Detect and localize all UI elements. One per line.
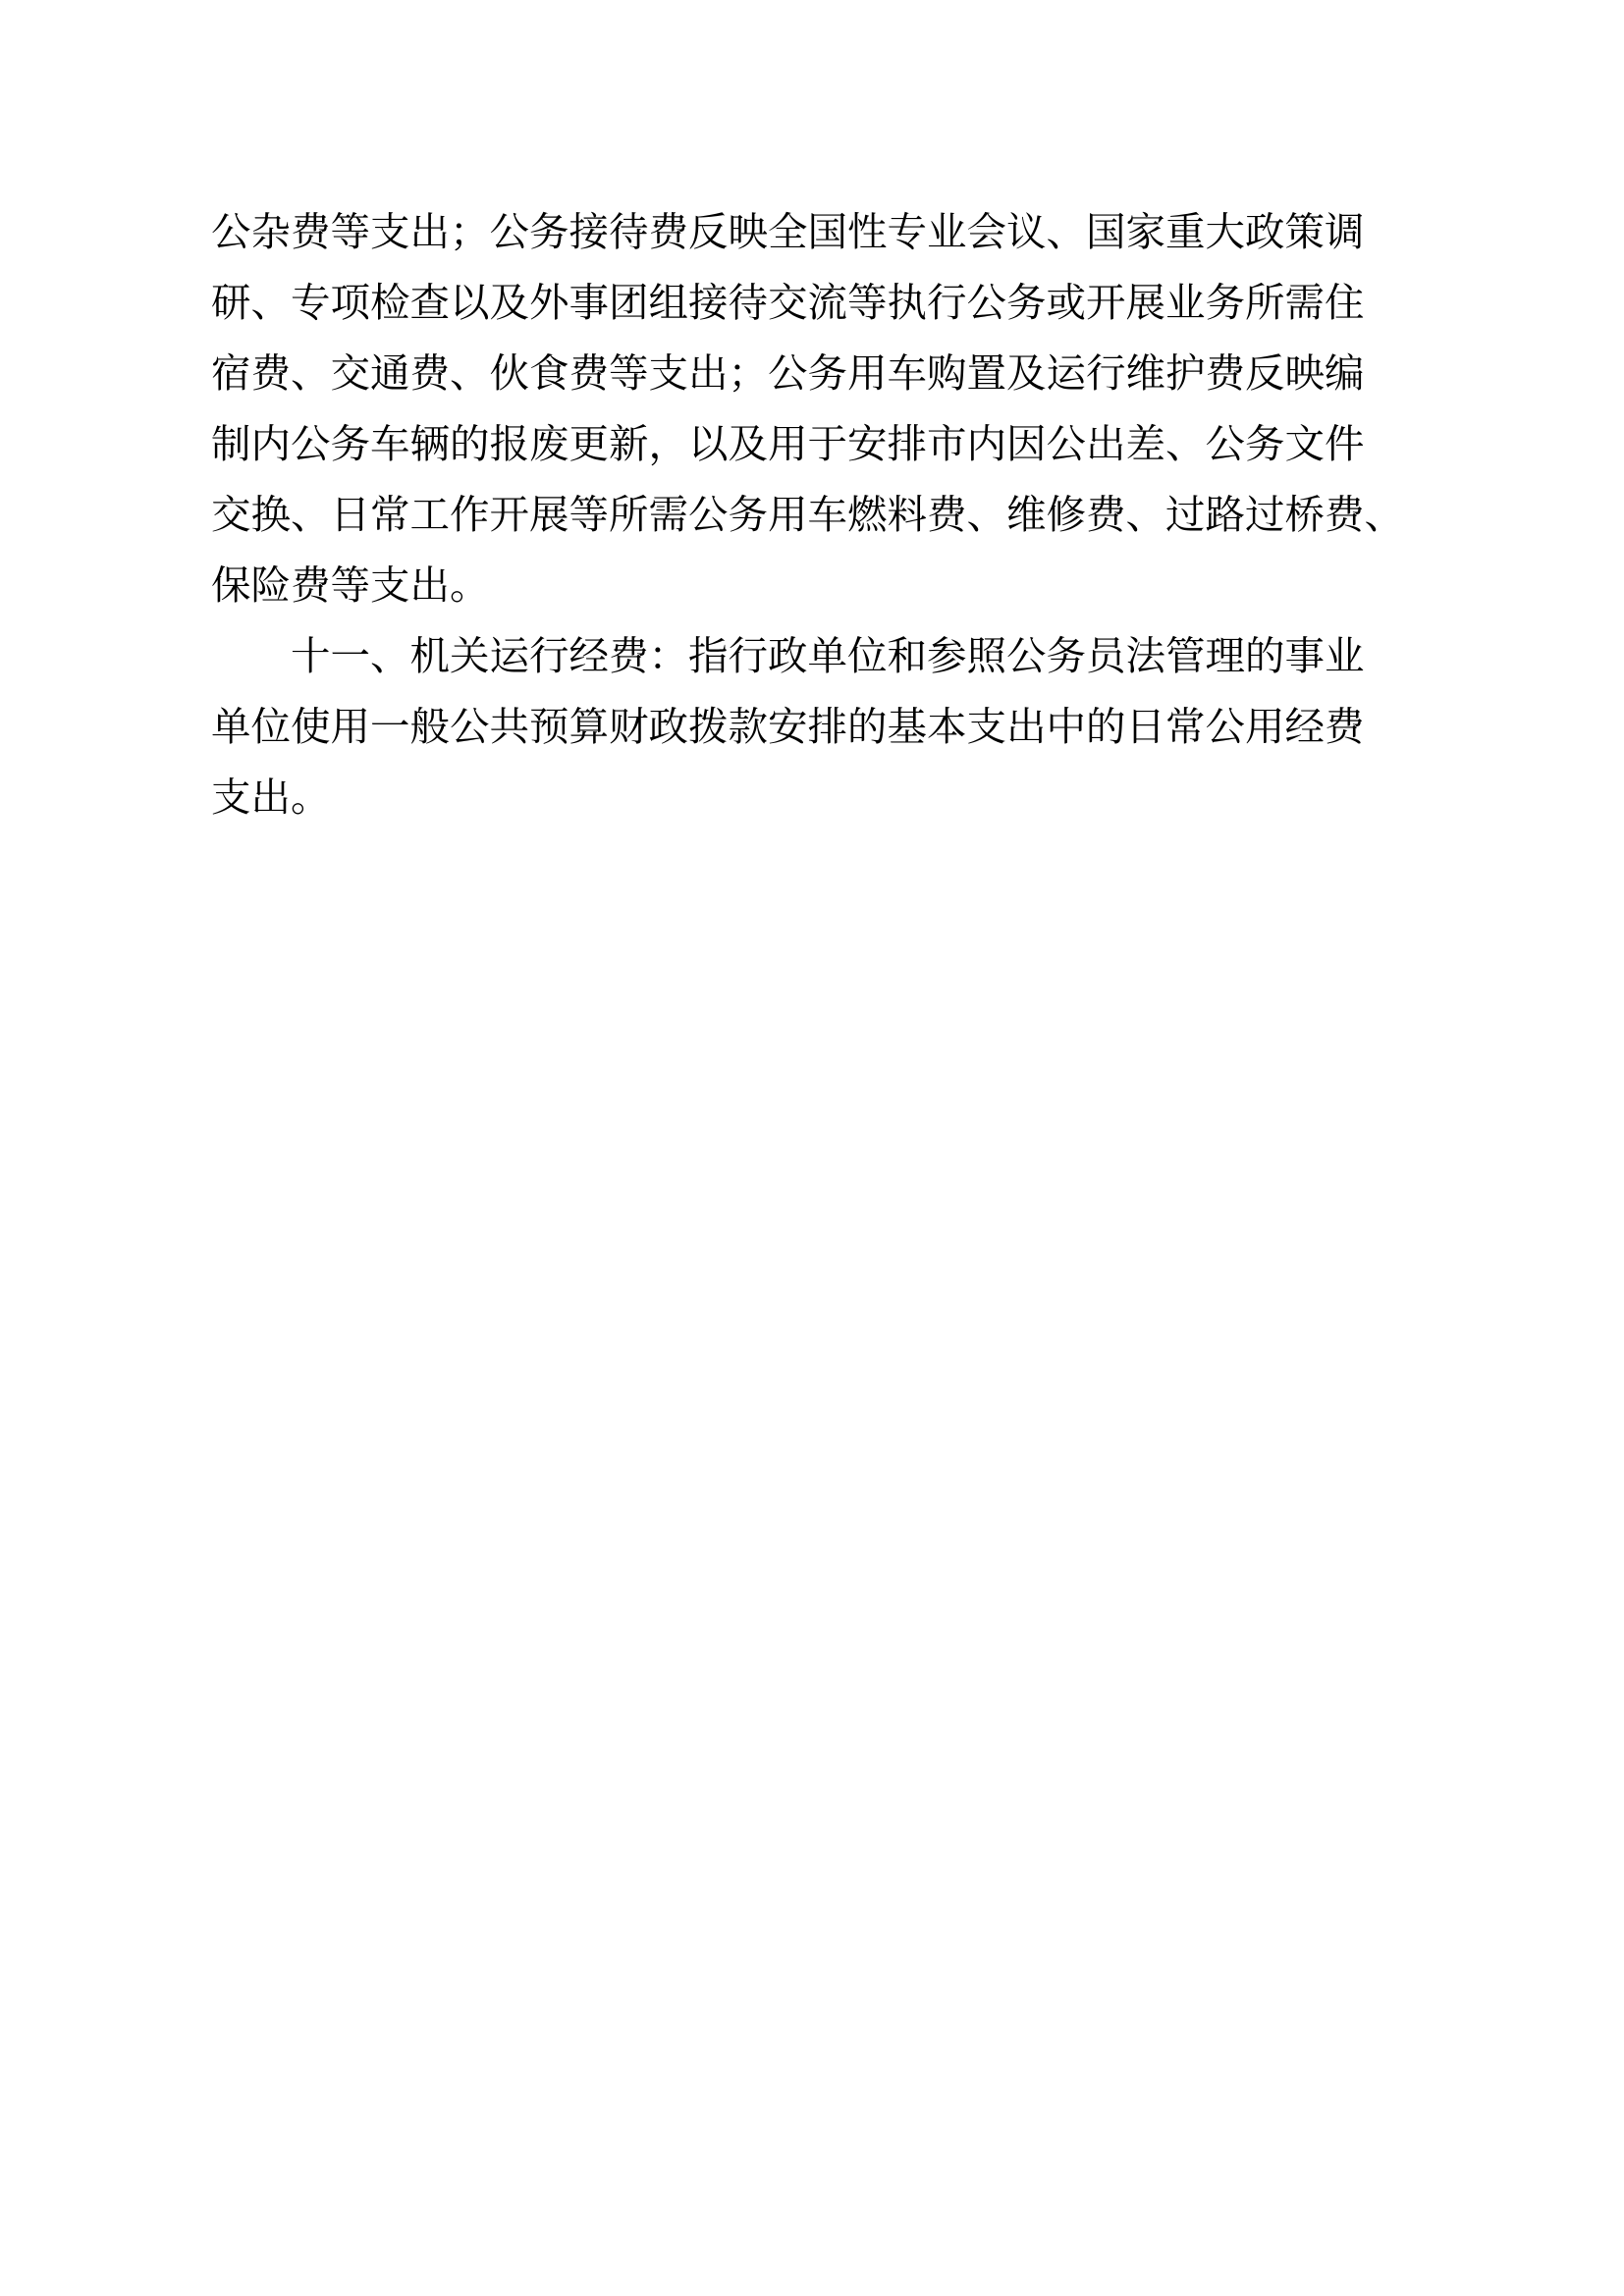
section-heading-line: 十一、机关运行经费：指行政单位和参照公务员法管理的事业 xyxy=(211,620,1429,691)
text-line: 单位使用一般公共预算财政拨款安排的基本支出中的日常公用经费 xyxy=(211,691,1429,762)
text-line: 公杂费等支出；公务接待费反映全国性专业会议、国家重大政策调 xyxy=(211,196,1429,267)
paragraph-item-eleven: 十一、机关运行经费：指行政单位和参照公务员法管理的事业 单位使用一般公共预算财政… xyxy=(211,620,1429,832)
text-line: 保险费等支出。 xyxy=(211,550,1429,620)
document-body: 公杂费等支出；公务接待费反映全国性专业会议、国家重大政策调 研、专项检查以及外事… xyxy=(211,196,1429,832)
text-line: 制内公务车辆的报废更新，以及用于安排市内因公出差、公务文件 xyxy=(211,408,1429,479)
text-line: 交换、日常工作开展等所需公务用车燃料费、维修费、过路过桥费、 xyxy=(211,479,1429,550)
text-line: 支出。 xyxy=(211,762,1429,832)
text-line: 宿费、交通费、伙食费等支出；公务用车购置及运行维护费反映编 xyxy=(211,338,1429,408)
paragraph-public-funds-continuation: 公杂费等支出；公务接待费反映全国性专业会议、国家重大政策调 研、专项检查以及外事… xyxy=(211,196,1429,620)
document-page: 公杂费等支出；公务接待费反映全国性专业会议、国家重大政策调 研、专项检查以及外事… xyxy=(0,0,1624,2296)
text-line: 研、专项检查以及外事团组接待交流等执行公务或开展业务所需住 xyxy=(211,267,1429,338)
